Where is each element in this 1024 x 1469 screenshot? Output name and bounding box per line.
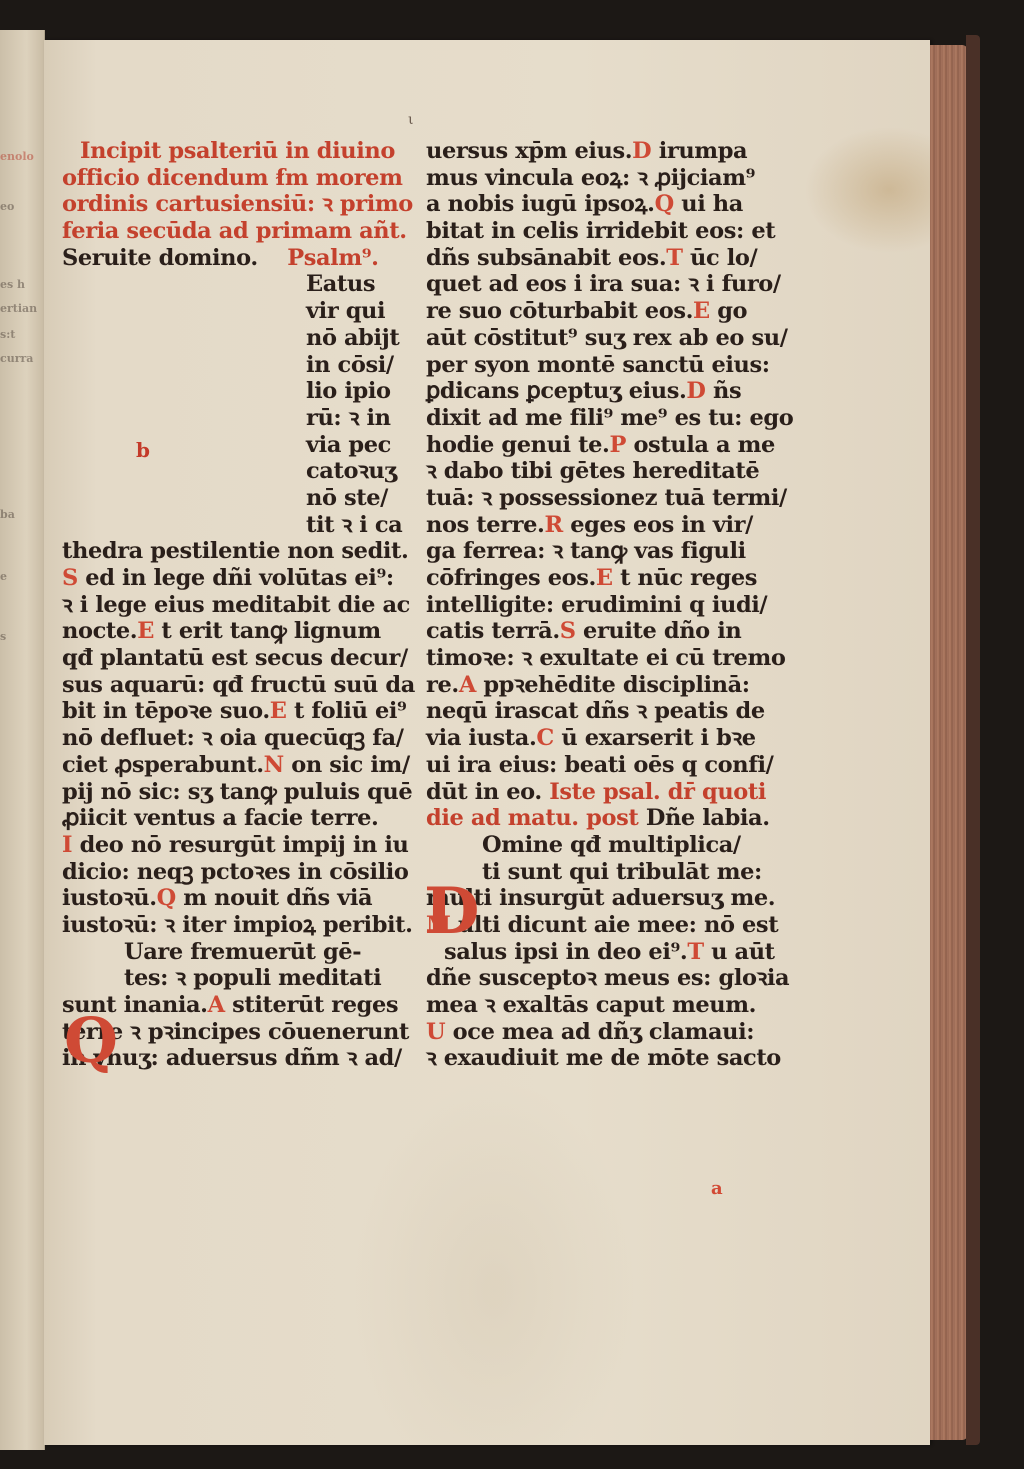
indented-line: nō ste/ [62,485,412,512]
red-initial: P [609,432,626,458]
text-line: dicio: neqꝫ pctoꝛes in cōsilio [62,859,412,886]
indented-line: in cōsi/ [62,352,412,379]
text-line: bit in tēpoꝛe suo.E t foliū ei⁹ [62,698,412,725]
red-initial: Q [655,191,674,217]
text-line: dixit ad me fili⁹ me⁹ es tu: ego [426,405,771,432]
guide-letter: b [136,438,150,462]
ghost-text: ba [0,508,40,521]
text-line: die ad matu. post Dñe labia. [426,805,771,832]
red-initial: T [666,245,682,271]
text-line: qđ plantatū est secus decur/ [62,645,412,672]
text-line: iustoꝛū: ꝛ iter impioꝝ peribit. [62,912,412,939]
text-line: S ed in lege dñi volūtas ei⁹: [62,565,412,592]
red-initial: S [62,565,78,591]
ghost-text: es h [0,278,40,291]
indented-line: via pec [62,432,412,459]
text-line: iustoꝛū.Q m nouit dñs viā [62,885,412,912]
indented-line: Eatus [62,271,412,298]
rubric-text: die ad matu. post [426,805,638,831]
psalm-rubric: Psalm⁹. [287,245,378,271]
rubric-heading-line: feria secūda ad primam añt. [62,218,412,245]
indented-line: nō abijt [62,325,412,352]
fore-edge [930,45,968,1440]
red-initial: R [544,512,562,538]
left-column: Incipit psalteriū in diuino officio dice… [62,138,412,1072]
text-line: ꝑdicans ꝑceptuʒ eius.D ñs [426,378,771,405]
antiphon-line: Seruite domino. Psalm⁹. [62,245,412,272]
red-initial: E [693,298,710,324]
text-line: thedra pestilentie non sedit. [62,538,412,565]
text-line: ꝛ exaudiuit me de mōte sacto [426,1045,771,1072]
text-line: uersus xp̄m eius.D irumpa [426,138,771,165]
text-line: bitat in celis irridebit eos: et [426,218,771,245]
text-line: re suo cōturbabit eos.E go [426,298,771,325]
red-initial: E [137,618,154,644]
text-line: dñe susceptoꝛ meus es: gloꝛia [426,965,771,992]
text-line: cōfringes eos.E t nūc reges [426,565,771,592]
text-line: Omine qđ multiplica/ [426,832,771,859]
ghost-text: ertian [0,302,40,315]
red-initial: A [208,992,225,1018]
indented-line: lio ipio [62,378,412,405]
text-line: U oce mea ad dñʒ clamaui: [426,1019,771,1046]
red-initial: A [459,672,476,698]
text-line: mea ꝛ exaltās caput meum. [426,992,771,1019]
text-line: neqū irascat dñs ꝛ peatis de [426,698,771,725]
big-initial-q: Q [64,1010,118,1072]
rubric-heading-line: ordinis cartusiensiū: ꝛ primo [62,191,412,218]
red-initial: E [596,565,613,591]
text-line: intelligite: erudimini q iudi/ [426,592,771,619]
red-initial: T [687,939,703,965]
text-line: catis terrā.S eruite dño in [426,618,771,645]
indented-line: rū: ꝛ in [62,405,412,432]
text-line: nocte.E t erit tanꝙ lignum [62,618,412,645]
text-line: tes: ꝛ populi meditati [62,965,412,992]
text-line: timoꝛe: ꝛ exultate ei cū tremo [426,645,771,672]
text-line: ꝓiicit ventus a facie terre. [62,805,412,832]
text-line: via iusta.C ū exarserit i bꝛe [426,725,771,752]
rubric-heading-line: officio dicendum ẜm morem [62,165,412,192]
rubric-text: Iste psal. dr̄ quoti [549,779,766,805]
text-line: re.A ppꝛehēdite disciplinā: [426,672,771,699]
ghost-text: eo [0,200,40,213]
book-cover-edge [966,35,980,1445]
text-line: nō defluet: ꝛ oia quecūqꝫ fa/ [62,725,412,752]
text-line: dñs subsānabit eos.T ūc lo/ [426,245,771,272]
text-line: ciet ꝓsperabunt.N on sic im/ [62,752,412,779]
red-initial: I [62,832,72,858]
text-line: ꝛ i lege eius meditabit die ac [62,592,412,619]
antiphon-text: Seruite domino. [62,245,258,271]
text-line: Uare fremuerūt gē- [62,939,412,966]
text-line: pij nō sic: sʒ tanꝙ puluis quē [62,779,412,806]
text-line: nos terre.R eges eos in vir/ [426,512,771,539]
red-initial: Q [157,885,176,911]
ghost-text: enolo [0,150,40,163]
text-line: tuā: ꝛ possessionez tuā termi/ [426,485,771,512]
ghost-text: s:t [0,328,40,341]
text-line: sus aquarū: qđ fructū suū da [62,672,412,699]
red-initial: U [426,1019,445,1045]
text-line: dūt in eo. Iste psal. dr̄ quoti [426,779,771,806]
rubric-heading-line: Incipit psalteriū in diuino [62,138,412,165]
text-line: aūt cōstitut⁹ suʒ rex ab eo su/ [426,325,771,352]
red-initial: N [264,752,284,778]
red-initial: D [686,378,705,404]
red-initial: E [270,698,287,724]
text-line: a nobis iugū ipsoꝝ.Q ui ha [426,191,771,218]
previous-leaf-edge: enolo eo es h ertian s:t curra ba e s [0,30,45,1450]
text-line: ui ira eius: beati oēs q confi/ [426,752,771,779]
text-line: hodie genui te.P ostula a me [426,432,771,459]
text-line: ꝛ dabo tibi gētes hereditatē [426,458,771,485]
ghost-text: curra [0,352,40,365]
text-line: mus vincula eoꝝ: ꝛ ꝓijciam⁹ [426,165,771,192]
indented-line: catoꝛuʒ [62,458,412,485]
top-mark: ι [408,112,414,128]
big-initial-d: D [424,880,480,944]
indented-line: tit ꝛ i ca [62,512,412,539]
indented-line: vir qui [62,298,412,325]
text-line: quet ad eos i ira sua: ꝛ i furo/ [426,271,771,298]
signature-mark: a [711,1178,723,1199]
text-line: ga ferrea: ꝛ tanꝙ vas figuli [426,538,771,565]
ghost-text: e [0,570,40,583]
red-initial: S [560,618,576,644]
text-line: I deo nō resurgūt impij in iu [62,832,412,859]
ghost-text: s [0,630,40,643]
red-initial: D [632,138,651,164]
red-initial: C [536,725,554,751]
text-line: per syon montē sanctū eius: [426,352,771,379]
